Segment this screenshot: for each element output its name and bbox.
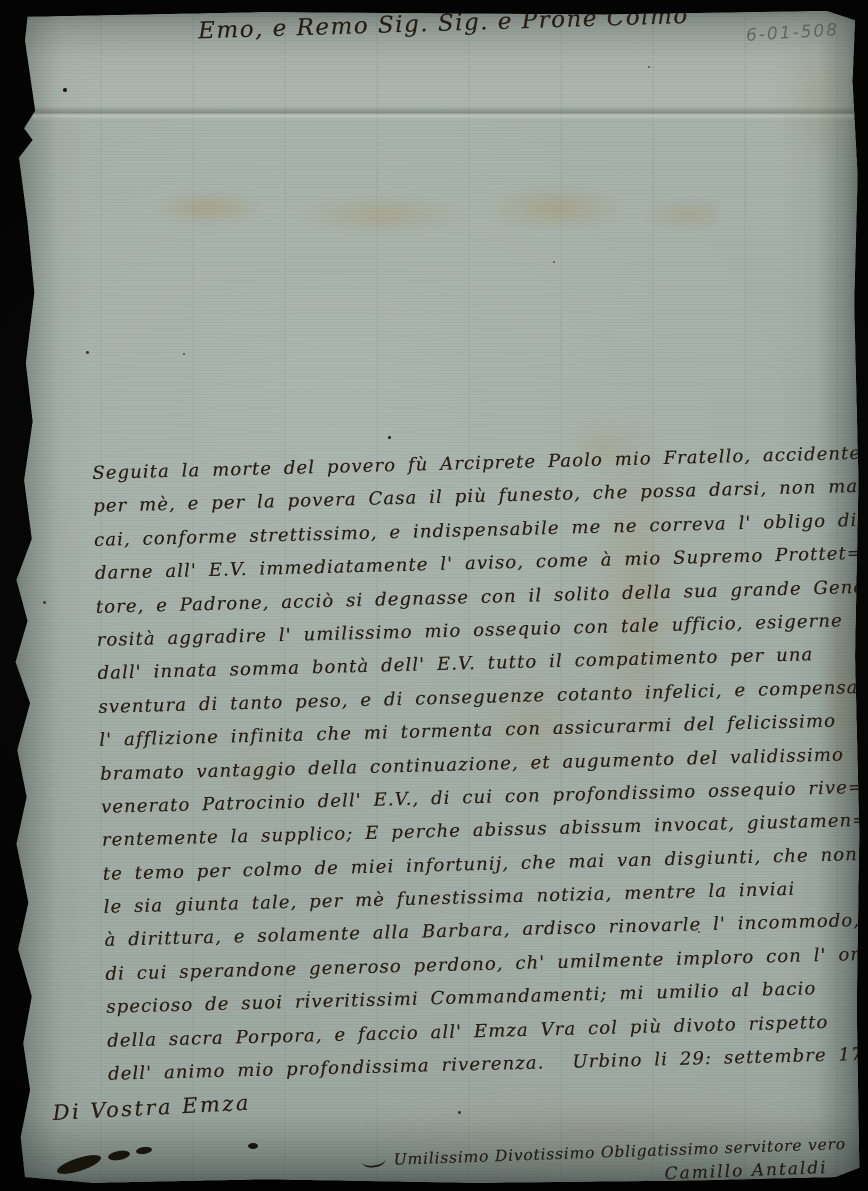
ink-speck: [553, 261, 555, 263]
photo-background: Emo, e Remo Sig. Sig. e Prone Colmo 6-01…: [0, 0, 868, 1191]
ink-speck: [63, 88, 67, 92]
ink-speck: [183, 353, 185, 355]
ink-blot: [55, 1151, 103, 1178]
closing-salutation: Di Vostra Emza: [52, 1091, 251, 1125]
ink-blot: [248, 1143, 258, 1149]
signature-paraph-flourish: [360, 1152, 386, 1169]
ink-blot: [107, 1149, 130, 1162]
ink-bleed-through: [138, 156, 718, 251]
ink-speck: [388, 436, 391, 439]
ink-blot: [136, 1146, 153, 1155]
fold-crease: [8, 107, 861, 120]
stain: [776, 29, 860, 164]
letter-body: Seguita la morte del povero fù Arciprete…: [92, 442, 868, 1097]
ink-speck: [648, 66, 650, 68]
letter-paper: Emo, e Remo Sig. Sig. e Prone Colmo 6-01…: [8, 11, 861, 1184]
ink-speck: [43, 601, 46, 604]
ink-speck: [458, 1111, 461, 1114]
ink-speck: [86, 351, 89, 354]
